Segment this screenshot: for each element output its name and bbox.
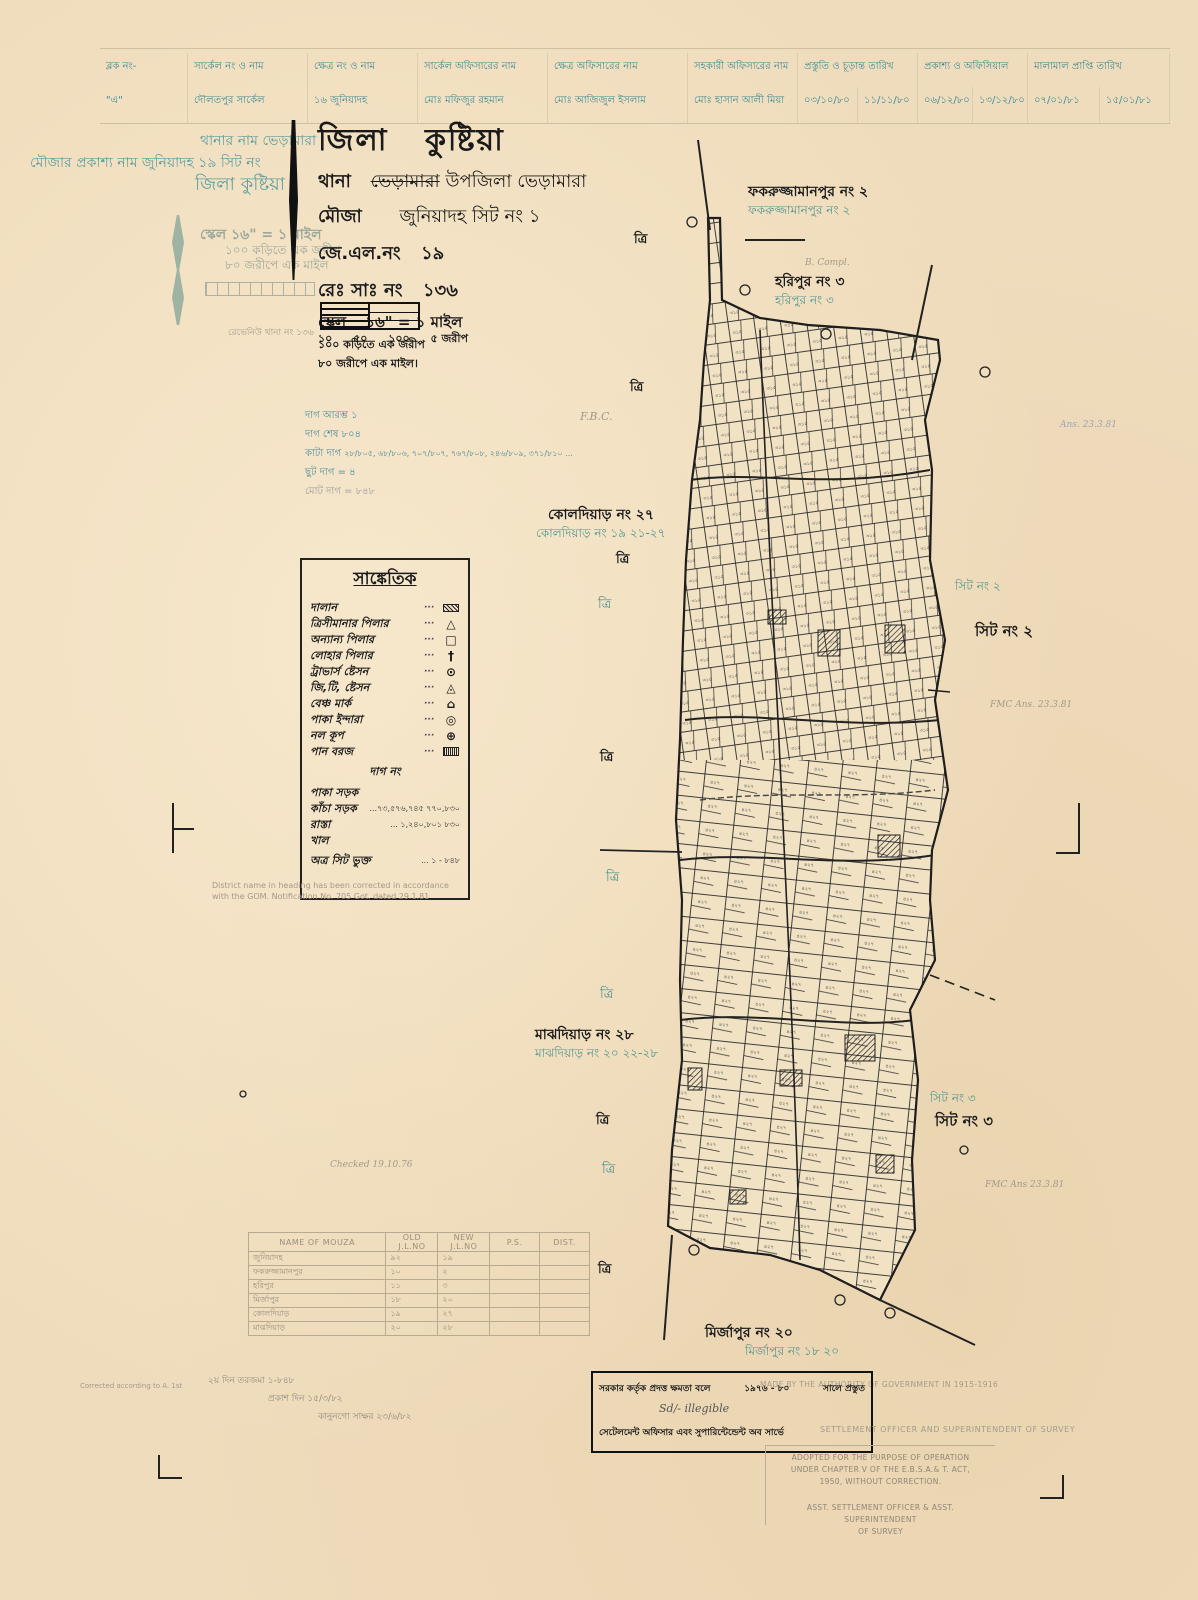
cadastral-map: ৩১৫ ৪২৭ xyxy=(0,0,1198,1600)
cell: ৯২ xyxy=(386,1252,438,1266)
village-label-haripur: হরিপুর নং ৩ হরিপুর নং ৩ xyxy=(775,270,845,312)
cell: ২০ xyxy=(438,1294,490,1308)
pencil-note: F.B.C. xyxy=(580,410,613,423)
trijunction-mark: ত্রি xyxy=(598,595,611,616)
cell: ২৭ xyxy=(438,1308,490,1322)
cell: ফকরুজ্জামানপুর xyxy=(249,1266,386,1280)
approval-box: সরকার কর্তৃক প্রদত্ত ক্ষমতা বলে ১৯৭৬ - ৮… xyxy=(591,1371,873,1453)
village-label-fakruzzamanpur: ফকরুজ্জামানপুর নং ২ ফকরুজ্জামানপুর নং ২ xyxy=(748,180,868,222)
parcel-grid xyxy=(660,210,960,1310)
village-label-mirzapur: মির্জাপুর নং ২০ মির্জাপুর নং ১৮ ২০ xyxy=(705,1321,839,1363)
adoption-stamp: ADOPTED FOR THE PURPOSE OF OPERATION UND… xyxy=(765,1445,995,1525)
stamp-line: UNDER CHAPTER V OF THE E.B.S.A.& T. ACT, xyxy=(770,1464,991,1476)
trijunction-mark: ত্রি xyxy=(602,1160,615,1181)
cell: ৩ xyxy=(438,1280,490,1294)
cell xyxy=(540,1280,590,1294)
village-name: মাঝদিয়াড় নং ২৮ xyxy=(535,1027,633,1043)
stamp-line: ASST. SETTLEMENT OFFICER & ASST. SUPERIN… xyxy=(770,1502,991,1526)
cell xyxy=(490,1266,540,1280)
handwritten-note: ২য় দিন তরজমা ১-৮৪৮ xyxy=(208,1372,412,1390)
cell: ২০ xyxy=(386,1322,438,1336)
cell: ১৯ xyxy=(438,1252,490,1266)
cell xyxy=(540,1322,590,1336)
cell: ১৯ xyxy=(386,1308,438,1322)
village-name: কোলদিয়াড় নং ২৭ xyxy=(548,507,654,523)
cell xyxy=(540,1308,590,1322)
cell: মির্জাপুর xyxy=(249,1294,386,1308)
village-label-koldiar: কোলদিয়াড় নং ২৭ কোলদিয়াড় নং ১৯ ২১-২৭ xyxy=(548,503,665,545)
cell: জুনিয়াদহ xyxy=(249,1252,386,1266)
trijunction-mark: ত্রি xyxy=(600,985,613,1006)
trijunction-mark: ত্রি xyxy=(598,1260,611,1281)
cell xyxy=(490,1252,540,1266)
table-row: মির্জাপুর১৮২০ xyxy=(249,1294,590,1308)
stamp-line: ADOPTED FOR THE PURPOSE OF OPERATION xyxy=(770,1452,991,1464)
village-name: হরিপুর নং ৩ xyxy=(775,274,845,290)
village-old-name: কোলদিয়াড় নং ১৯ ২১-২৭ xyxy=(536,525,665,545)
table-row: মাঝদিয়াড়২০২৮ xyxy=(249,1322,590,1336)
village-old-name: হরিপুর নং ৩ xyxy=(775,292,845,312)
cell xyxy=(490,1322,540,1336)
cell: মাঝদিয়াড় xyxy=(249,1322,386,1336)
cell: ১০ xyxy=(386,1266,438,1280)
cell: ১৮ xyxy=(386,1294,438,1308)
handwritten-note: কানুনগো সাক্ষর ২৩/৬/৮২ xyxy=(318,1408,412,1426)
cell xyxy=(490,1308,540,1322)
cell xyxy=(490,1280,540,1294)
cell: ২ xyxy=(438,1266,490,1280)
village-old-name: ফকরুজ্জামানপুর নং ২ xyxy=(748,202,868,222)
village-old-name: মাঝদিয়াড় নং ২০ ২২-২৮ xyxy=(535,1045,658,1065)
approval-years: ১৯৭৬ - ৮০ xyxy=(744,1381,789,1396)
sheet-old-name: সিট নং ২ xyxy=(955,578,1033,598)
cell: ২৮ xyxy=(438,1322,490,1336)
village-name: মির্জাপুর নং ২০ xyxy=(705,1325,793,1341)
sheet-old-name: সিট নং ৩ xyxy=(930,1090,993,1110)
trijunction-mark: ত্রি xyxy=(630,378,643,399)
cell xyxy=(490,1294,540,1308)
village-label-majhdiar: মাঝদিয়াড় নং ২৮ মাঝদিয়াড় নং ২০ ২২-২৮ xyxy=(535,1023,658,1065)
sheet-label-2: সিট নং ২ সিট নং ২ xyxy=(975,580,1033,645)
table-row: জুনিয়াদহ৯২১৯ xyxy=(249,1252,590,1266)
stamp-line: 1950, WITHOUT CORRECTION. xyxy=(770,1476,991,1488)
trijunction-mark: ত্রি xyxy=(606,868,619,889)
column-header: P.S. xyxy=(490,1233,540,1252)
cell xyxy=(540,1294,590,1308)
table-row: ফকরুজ্জামানপুর১০২ xyxy=(249,1266,590,1280)
trijunction-mark: ত্রি xyxy=(600,748,613,769)
cell xyxy=(540,1266,590,1280)
approval-text: সালে প্রস্তুত xyxy=(823,1381,865,1396)
cell: হরিপুর xyxy=(249,1280,386,1294)
cell: ১১ xyxy=(386,1280,438,1294)
trijunction-mark: ত্রি xyxy=(596,1111,609,1132)
village-old-name: মির্জাপুর নং ১৮ ২০ xyxy=(745,1343,839,1363)
approval-text: সরকার কর্তৃক প্রদত্ত ক্ষমতা বলে xyxy=(599,1381,711,1396)
sheet-name: সিট নং ৩ xyxy=(935,1112,993,1130)
column-header: DIST. xyxy=(540,1233,590,1252)
handwritten-note: প্রকাশ দিন ১৫/৩/৮২ xyxy=(268,1390,412,1408)
table-row: কোলদিয়াড়১৯২৭ xyxy=(249,1308,590,1322)
cell: কোলদিয়াড় xyxy=(249,1308,386,1322)
mouza-table: NAME OF MOUZA OLD J.L.NO NEW J.L.NO P.S.… xyxy=(248,1232,590,1336)
trijunction-mark: ত্রি xyxy=(634,230,647,251)
table-row: হরিপুর১১৩ xyxy=(249,1280,590,1294)
pencil-note: Checked 19.10.76 xyxy=(330,1160,413,1170)
pencil-note: B. Compl. xyxy=(805,258,850,268)
column-header: OLD J.L.NO xyxy=(386,1233,438,1252)
bottom-handwritten-notes: ২য় দিন তরজমা ১-৮৪৮ প্রকাশ দিন ১৫/৩/৮২ ক… xyxy=(208,1372,412,1426)
column-header: NAME OF MOUZA xyxy=(249,1233,386,1252)
cell xyxy=(540,1252,590,1266)
table-header-row: NAME OF MOUZA OLD J.L.NO NEW J.L.NO P.S.… xyxy=(249,1233,590,1252)
stamp-line: OF SURVEY xyxy=(770,1526,991,1538)
pencil-note: FMC Ans. 23.3.81 xyxy=(990,700,1072,710)
approval-line-1: সরকার কর্তৃক প্রদত্ত ক্ষমতা বলে ১৯৭৬ - ৮… xyxy=(599,1381,865,1396)
sheet-label-3: সিট নং ৩ সিট নং ৩ xyxy=(935,1092,993,1135)
pencil-note: Ans. 23.3.81 xyxy=(1060,420,1117,430)
pencil-note: FMC Ans 23.3.81 xyxy=(985,1180,1064,1190)
signature: Sd/- illegible xyxy=(659,1402,865,1415)
village-name: ফকরুজ্জামানপুর নং ২ xyxy=(748,184,868,200)
column-header: NEW J.L.NO xyxy=(438,1233,490,1252)
corrected-note: Corrected according to A. 1st xyxy=(80,1382,182,1390)
trijunction-mark: ত্রি xyxy=(616,550,629,571)
approval-english-bg: SETTLEMENT OFFICER AND SUPERINTENDENT OF… xyxy=(820,1425,1075,1434)
sheet-name: সিট নং ২ xyxy=(975,622,1033,640)
map-sheet: ব্লক নং- সার্কেল নং ও নাম ক্ষেত্র নং ও ন… xyxy=(0,0,1198,1600)
